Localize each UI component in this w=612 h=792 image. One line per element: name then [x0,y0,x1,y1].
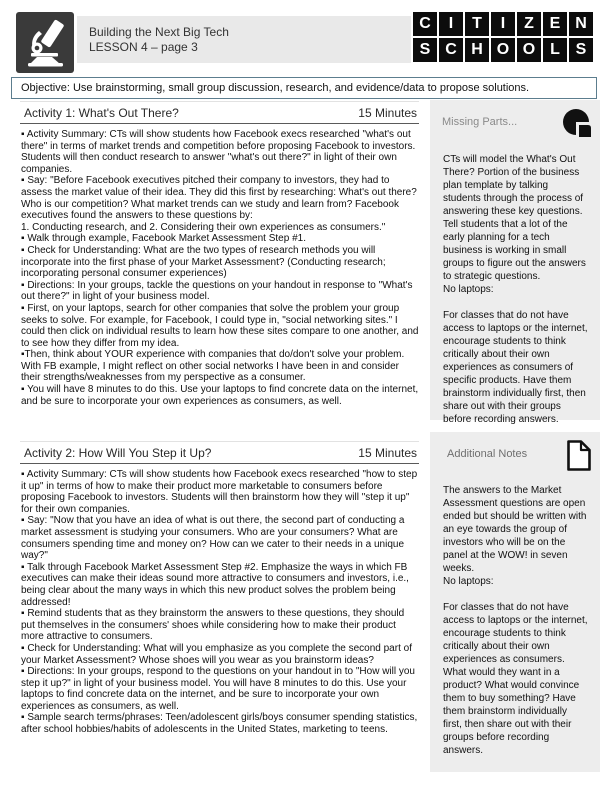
activity-2-duration: 15 Minutes [358,446,417,460]
logo-letter-tile: L [543,38,567,62]
additional-notes-body: The answers to the Market Assessment que… [430,484,600,757]
paragraph: ▪ Walk through example, Facebook Market … [21,233,419,245]
activity-2-section: Activity 2: How Will You Step it Up? 15 … [20,441,419,736]
paragraph: For classes that do not have access to l… [443,601,588,757]
paragraph: ▪ Remind students that as they brainstor… [21,608,419,643]
additional-notes-box: Additional Notes The answers to the Mark… [430,432,600,772]
objective-text: Objective: Use brainstorming, small grou… [21,82,529,94]
paragraph: ▪ Directions: In your groups, respond to… [21,666,419,712]
activity-1-body: ▪ Activity Summary: CTs will show studen… [20,124,419,407]
lesson-plan-page: { "header": { "lesson_title": "Building … [0,0,612,792]
logo-row-schools: SCHOOLS [413,38,595,62]
lesson-header-bar: Building the Next Big Tech LESSON 4 – pa… [77,16,411,63]
logo-letter-tile: I [439,12,463,36]
logo-letter-tile: H [465,38,489,62]
paragraph: ▪ Sample search terms/phrases: Teen/adol… [21,712,419,735]
logo-letter-tile: T [465,12,489,36]
document-icon [566,440,592,476]
activity-1-duration: 15 Minutes [358,106,417,120]
paragraph: CTs will model the What's Out There? Por… [443,153,588,283]
microscope-icon [16,12,74,73]
activity-2-header: Activity 2: How Will You Step it Up? 15 … [20,441,419,464]
citizen-schools-logo: CITIZEN SCHOOLS [413,12,595,64]
activity-2-title: Activity 2: How Will You Step it Up? [24,446,211,460]
paragraph: ▪ Activity Summary: CTs will show studen… [21,129,419,175]
paragraph: ▪ Say: "Before Facebook executives pitch… [21,175,419,221]
logo-letter-tile: C [439,38,463,62]
paragraph: ▪ You will have 8 minutes to do this. Us… [21,384,419,407]
paragraph: ▪ Say: "Now that you have an idea of wha… [21,515,419,561]
logo-letter-tile: S [569,38,593,62]
paragraph: ▪ First, on your laptops, search for oth… [21,303,419,349]
logo-letter-tile: N [569,12,593,36]
logo-letter-tile: C [413,12,437,36]
activity-2-body: ▪ Activity Summary: CTs will show studen… [20,464,419,736]
activity-1-section: Activity 1: What's Out There? 15 Minutes… [20,101,419,407]
paragraph: No laptops: [443,575,588,588]
logo-letter-tile: E [543,12,567,36]
paragraph: No laptops: [443,283,588,296]
lesson-title: Building the Next Big Tech [89,25,411,40]
paragraph: ▪ Check for Understanding: What will you… [21,643,419,666]
logo-row-citizen: CITIZEN [413,12,595,36]
paragraph: ▪ Directions: In your groups, tackle the… [21,280,419,303]
missing-parts-body: CTs will model the What's Out There? Por… [430,153,600,426]
lesson-subtitle: LESSON 4 – page 3 [89,40,411,55]
missing-parts-box: Missing Parts... CTs will model the What… [430,100,600,420]
paragraph: ▪ Check for Understanding: What are the … [21,245,419,280]
logo-letter-tile: Z [517,12,541,36]
logo-letter-tile: O [491,38,515,62]
activity-1-header: Activity 1: What's Out There? 15 Minutes [20,101,419,124]
paragraph: ▪ Talk through Facebook Market Assessmen… [21,562,419,608]
paragraph: For classes that do not have access to l… [443,309,588,426]
paragraph: The answers to the Market Assessment que… [443,484,588,575]
paragraph: ▪ Activity Summary: CTs will show studen… [21,469,419,515]
logo-letter-tile: S [413,38,437,62]
logo-letter-tile: O [517,38,541,62]
paragraph: 1. Conducting research, and 2. Consideri… [21,222,419,234]
objective-box: Objective: Use brainstorming, small grou… [11,77,597,99]
paragraph: ▪Then, think about YOUR experience with … [21,349,419,384]
pie-chart-icon [562,108,592,143]
logo-letter-tile: I [491,12,515,36]
activity-1-title: Activity 1: What's Out There? [24,106,179,120]
